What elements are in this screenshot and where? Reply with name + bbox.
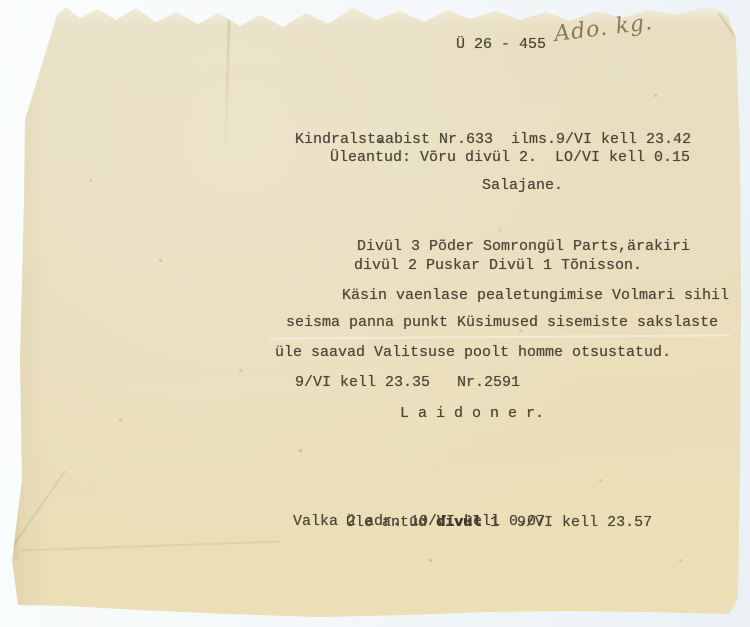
handwritten-annotation: Ado. kg.: [553, 14, 654, 44]
recipients-line-1: Divül 3 Põder Somrongül Parts,ärakiri: [357, 238, 690, 256]
delivery-note-line-2: Valka 2 adr. 10/VI kell 0.07: [293, 513, 545, 531]
delivered-line: Üleantud: Võru divül 2. LO/VI kell 0.15: [330, 149, 690, 167]
recipients-line-2: divül 2 Puskar Divül 1 Tõnisson.: [354, 257, 642, 275]
received-line: Kindralstaabist Nr.633 ilms.9/VI kell 23…: [295, 131, 691, 149]
body-line-3: üle saavad Valitsuse poolt homme otsusta…: [275, 344, 671, 362]
classification-line: Salajane.: [482, 177, 563, 195]
body-line-1: Käsin vaenlase pealetungimise Volmari si…: [342, 287, 729, 305]
scan-background: Ü 26 - 455 Ado. kg. Kindralstaabist Nr.6…: [0, 0, 750, 627]
body-line-2: seisma panna punkt Küsimused sisemiste s…: [286, 314, 718, 332]
typewritten-text-layer: Ü 26 - 455 Ado. kg. Kindralstaabist Nr.6…: [0, 0, 750, 627]
sent-line: 9/VI kell 23.35 Nr.2591: [295, 374, 520, 392]
signature-line: L a i d o n e r.: [400, 405, 544, 423]
reference-number: Ü 26 - 455: [456, 36, 546, 54]
